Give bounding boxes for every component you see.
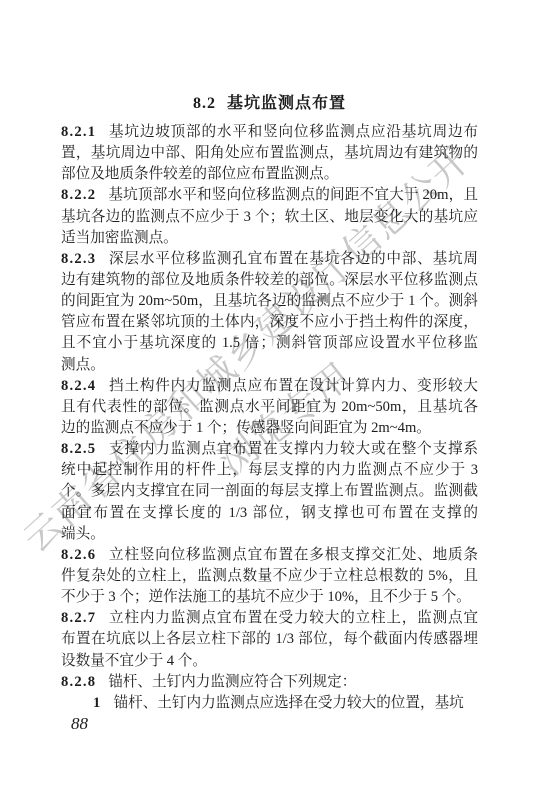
text-line: 个。多层内支撑宜在同一剖面的每层支撑上布置监测点。监测截 xyxy=(61,481,478,502)
text-line: 8.2.7立柱内力监测点宜布置在受力较大的立柱上，监测点宜 xyxy=(61,608,478,629)
page-content: 8.2基坑监测点布置 8.2.1基坑边坡顶部的水平和竖向位移监测点应沿基坑周边布… xyxy=(0,0,536,793)
line-text: 设数量不宜少于 4 个。 xyxy=(61,653,207,669)
text-line: 管应布置在紧邻坑顶的土体内，深度不应小于挡土构件的深度， xyxy=(61,312,478,333)
text-line: 部位及地质条件较差的部位应布置监测点。 xyxy=(61,164,478,185)
clause-number: 8.2.7 xyxy=(61,610,96,626)
text-line: 设数量不宜少于 4 个。 xyxy=(61,651,478,672)
text-line: 8.2.6立柱竖向位移监测点宜布置在多根支撑交汇处、地质条 xyxy=(61,545,478,566)
line-text: 统中起控制作用的杆件上，每层支撑的内力监测点不应少于 3 xyxy=(61,462,478,478)
line-text: 部位及地质条件较差的部位应布置监测点。 xyxy=(61,166,338,182)
line-text: 锚杆、土钉内力监测点应选择在受力较大的位置，基坑 xyxy=(114,695,464,711)
section-title-text: 基坑监测点布置 xyxy=(227,95,346,112)
line-text: 立柱内力监测点宜布置在受力较大的立柱上，监测点宜 xyxy=(108,610,478,626)
line-text: 且不宜小于基坑深度的 1.5 倍；测斜管顶部应设置水平位移监 xyxy=(61,335,478,351)
line-text: 边的监测点不应少于 1 个；传感器竖向间距宜为 2m~4m。 xyxy=(61,420,431,436)
text-line: 8.2.5支撑内力监测点宜布置在支撑内力较大或在整个支撑系 xyxy=(61,439,478,460)
line-text: 立柱竖向位移监测点宜布置在多根支撑交汇处、地质条 xyxy=(108,547,478,563)
line-text: 且有代表性的部位。监测点水平间距宜为 20m~50m，且基坑各 xyxy=(61,399,478,415)
text-line: 边的监测点不应少于 1 个；传感器竖向间距宜为 2m~4m。 xyxy=(61,418,478,439)
line-text: 锚杆、土钉内力监测应符合下列规定： xyxy=(108,674,356,690)
text-line: 面宜布置在支撑长度的 1/3 部位，钢支撑也可布置在支撑的 xyxy=(61,503,478,524)
line-text: 基坑边坡顶部的水平和竖向位移监测点应沿基坑周边布 xyxy=(108,124,478,140)
text-line: 8.2.2基坑顶部水平和竖向位移监测点的间距不宜大于 20m，且 xyxy=(61,185,478,206)
clause-number: 8.2.5 xyxy=(61,441,96,457)
line-text: 深层水平位移监测孔宜布置在基坑各边的中部、基坑周 xyxy=(108,251,478,267)
text-line: 适当加密监测点。 xyxy=(61,228,478,249)
text-line: 8.2.1基坑边坡顶部的水平和竖向位移监测点应沿基坑周边布 xyxy=(61,122,478,143)
line-text: 挡土构件内力监测点应布置在设计计算内力、变形较大 xyxy=(108,378,478,394)
section-title: 8.2基坑监测点布置 xyxy=(61,94,478,114)
line-text: 件复杂处的立柱上，监测点数量不应少于立柱总根数的 5%，且 xyxy=(61,568,478,584)
document-page: 云南省住房和城乡建设厅信息公开 浏览专用 8.2基坑监测点布置 8.2.1基坑边… xyxy=(0,0,536,793)
line-text: 个。多层内支撑宜在同一剖面的每层支撑上布置监测点。监测截 xyxy=(61,483,478,499)
text-line: 测点。 xyxy=(61,355,478,376)
text-line: 且不宜小于基坑深度的 1.5 倍；测斜管顶部应设置水平位移监 xyxy=(61,333,478,354)
line-text: 支撑内力监测点宜布置在支撑内力较大或在整个支撑系 xyxy=(108,441,478,457)
clause-number: 8.2.6 xyxy=(61,547,96,563)
section-title-number: 8.2 xyxy=(193,95,216,112)
line-text: 测点。 xyxy=(61,357,105,373)
line-text: 不少于 3 个；逆作法施工的基坑不应少于 10%，且不少于 5 个。 xyxy=(61,589,471,605)
clause-number: 8.2.2 xyxy=(61,187,96,203)
clause-number: 8.2.8 xyxy=(61,674,96,690)
text-line: 件复杂处的立柱上，监测点数量不应少于立柱总根数的 5%，且 xyxy=(61,566,478,587)
text-line: 置，基坑周边中部、阳角处应布置监测点，基坑周边有建筑物的 xyxy=(61,143,478,164)
body-text: 8.2.1基坑边坡顶部的水平和竖向位移监测点应沿基坑周边布置，基坑周边中部、阳角… xyxy=(61,122,478,714)
line-text: 基坑各边的监测点不应少于 3 个；软土区、地层变化大的基坑应 xyxy=(61,209,478,225)
text-line: 统中起控制作用的杆件上，每层支撑的内力监测点不应少于 3 xyxy=(61,460,478,481)
clause-number: 8.2.4 xyxy=(61,378,96,394)
text-line: 边有建筑物的部位及地质条件较差的部位。深层水平位移监测点 xyxy=(61,270,478,291)
page-number: 88 xyxy=(71,713,88,735)
line-text: 置，基坑周边中部、阳角处应布置监测点，基坑周边有建筑物的 xyxy=(61,145,478,161)
clause-number: 8.2.1 xyxy=(61,124,96,140)
text-line: 布置在坑底以上各层立柱下部的 1/3 部位，每个截面内传感器埋 xyxy=(61,629,478,650)
line-text: 边有建筑物的部位及地质条件较差的部位。深层水平位移监测点 xyxy=(61,272,478,288)
clause-number: 8.2.3 xyxy=(61,251,96,267)
text-line: 基坑各边的监测点不应少于 3 个；软土区、地层变化大的基坑应 xyxy=(61,207,478,228)
text-line: 且有代表性的部位。监测点水平间距宜为 20m~50m，且基坑各 xyxy=(61,397,478,418)
line-text: 适当加密监测点。 xyxy=(61,230,178,246)
line-text: 基坑顶部水平和竖向位移监测点的间距不宜大于 20m，且 xyxy=(108,187,478,203)
text-line: 8.2.8锚杆、土钉内力监测应符合下列规定： xyxy=(61,672,478,693)
line-text: 端头。 xyxy=(61,526,105,542)
line-text: 的间距宜为 20m~50m，且基坑各边的监测点不应少于 1 个。测斜 xyxy=(61,293,478,309)
clause-number: 1 xyxy=(93,695,102,711)
line-text: 面宜布置在支撑长度的 1/3 部位，钢支撑也可布置在支撑的 xyxy=(61,505,478,521)
line-text: 管应布置在紧邻坑顶的土体内，深度不应小于挡土构件的深度， xyxy=(61,314,478,330)
text-line: 8.2.4挡土构件内力监测点应布置在设计计算内力、变形较大 xyxy=(61,376,478,397)
text-line: 8.2.3深层水平位移监测孔宜布置在基坑各边的中部、基坑周 xyxy=(61,249,478,270)
text-line: 1锚杆、土钉内力监测点应选择在受力较大的位置，基坑 xyxy=(61,693,478,714)
text-line: 不少于 3 个；逆作法施工的基坑不应少于 10%，且不少于 5 个。 xyxy=(61,587,478,608)
text-line: 的间距宜为 20m~50m，且基坑各边的监测点不应少于 1 个。测斜 xyxy=(61,291,478,312)
line-text: 布置在坑底以上各层立柱下部的 1/3 部位，每个截面内传感器埋 xyxy=(61,631,478,647)
text-line: 端头。 xyxy=(61,524,478,545)
